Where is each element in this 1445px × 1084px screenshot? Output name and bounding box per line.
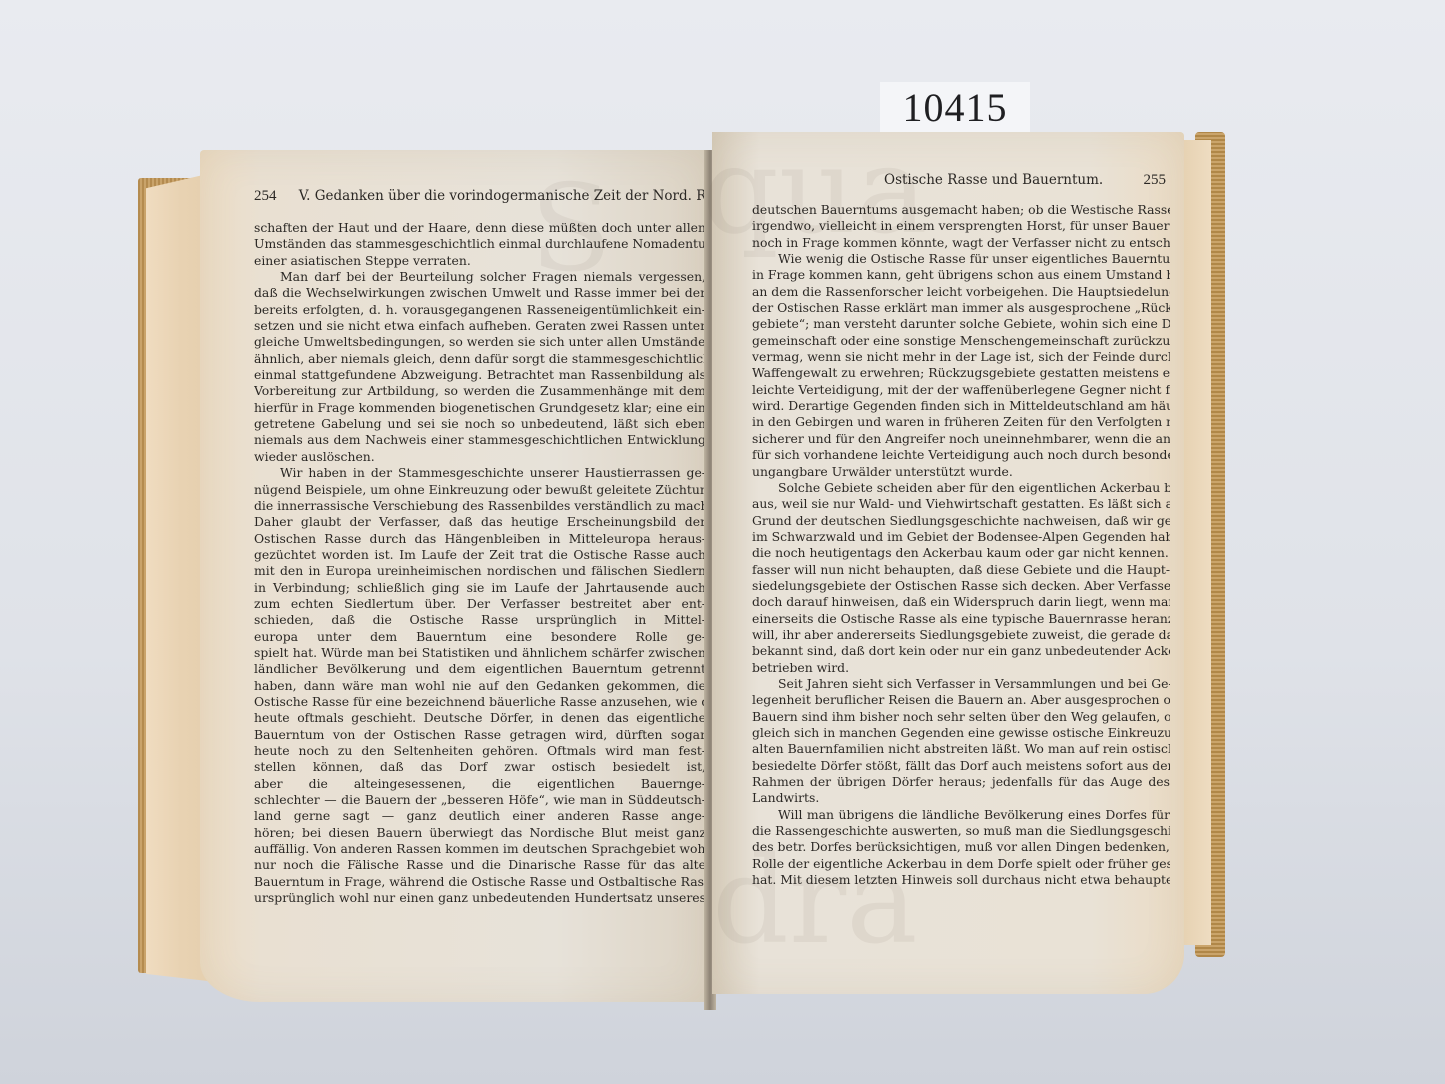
text-line: einer asiatischen Steppe verraten. (254, 253, 706, 269)
text-line: in Frage kommen kann, geht übrigens scho… (752, 267, 1170, 283)
text-line: ungangbare Urwälder unterstützt wurde. (752, 464, 1170, 480)
text-line: gleich sich in manchen Gegenden eine gew… (752, 725, 1170, 741)
text-line: Ostische Rasse für eine bezeichnend bäue… (254, 694, 706, 710)
text-line: Wie wenig die Ostische Rasse für unser e… (752, 251, 1170, 267)
text-line: in Verbindung; schließlich ging sie im L… (254, 580, 706, 596)
text-line: hierfür in Frage kommenden biogenetische… (254, 400, 706, 416)
text-line: wieder auslöschen. (254, 449, 706, 465)
text-line: Rolle der eigentliche Ackerbau in dem Do… (752, 856, 1170, 872)
text-line: zum echten Siedlertum über. Der Verfasse… (254, 596, 706, 612)
text-line: deutschen Bauerntums ausgemacht haben; o… (752, 202, 1170, 218)
text-line: sicherer und für den Angreifer noch unei… (752, 431, 1170, 447)
text-line: Bauerntum in Frage, während die Ostische… (254, 874, 706, 890)
text-line: alten Bauernfamilien nicht abstreiten lä… (752, 741, 1170, 757)
text-line: Rahmen der übrigen Dörfer heraus; jedenf… (752, 774, 1170, 790)
text-line: gleiche Umweltsbedingungen, so werden si… (254, 334, 706, 350)
text-line: schieden, daß die Ostische Rasse ursprün… (254, 612, 706, 628)
text-line: nügend Beispiele, um ohne Einkreuzung od… (254, 482, 706, 498)
text-line: der Ostischen Rasse erklärt man immer al… (752, 300, 1170, 316)
text-line: einerseits die Ostische Rasse als eine t… (752, 611, 1170, 627)
text-line: Will man übrigens die ländliche Bevölker… (752, 807, 1170, 823)
text-line: leichte Verteidigung, mit der der waffen… (752, 382, 1170, 398)
text-line: siedelungsgebiete der Ostischen Rasse si… (752, 578, 1170, 594)
text-line: mit den in Europa ureinheimischen nordis… (254, 563, 706, 579)
text-line: heute noch zu den Seltenheiten gehören. … (254, 743, 706, 759)
text-line: aber die alteingesessenen, die eigentlic… (254, 776, 706, 792)
text-line: noch in Frage kommen könnte, wagt der Ve… (752, 235, 1170, 251)
text-line: stellen können, daß das Dorf zwar ostisc… (254, 759, 706, 775)
text-line: irgendwo, vielleicht in einem versprengt… (752, 218, 1170, 234)
text-line: Bauerntum von der Ostischen Rasse getrag… (254, 727, 706, 743)
text-line: doch darauf hinweisen, daß ein Widerspru… (752, 594, 1170, 610)
text-line: wird. Derartige Gegenden finden sich in … (752, 398, 1170, 414)
text-line: Waffengewalt zu erwehren; Rückzugsgebiet… (752, 365, 1170, 381)
left-page-body: schaften der Haut und der Haare, denn di… (254, 220, 706, 906)
text-line: bereits erfolgten, d. h. vorausgegangene… (254, 302, 706, 318)
text-line: Solche Gebiete scheiden aber für den eig… (752, 480, 1170, 496)
text-line: aus, weil sie nur Wald- und Viehwirtscha… (752, 496, 1170, 512)
text-line: daß die Wechselwirkungen zwischen Umwelt… (254, 285, 706, 301)
text-line: des betr. Dorfes berücksichtigen, muß vo… (752, 839, 1170, 855)
text-line: besiedelte Dörfer stößt, fällt das Dorf … (752, 758, 1170, 774)
page-number: 255 (1144, 172, 1167, 189)
text-line: spielt hat. Würde man bei Statistiken un… (254, 645, 706, 661)
text-line: heute oftmals geschieht. Deutsche Dörfer… (254, 710, 706, 726)
text-line: setzen und sie nicht etwa einfach aufheb… (254, 318, 706, 334)
right-page-body: deutschen Bauerntums ausgemacht haben; o… (752, 202, 1170, 888)
text-line: ursprünglich wohl nur einen ganz unbedeu… (254, 890, 706, 906)
text-line: fasser will nun nicht behaupten, daß die… (752, 562, 1170, 578)
text-line: die innerrassische Verschiebung des Rass… (254, 498, 706, 514)
text-line: im Schwarzwald und im Gebiet der Bodense… (752, 529, 1170, 545)
text-line: schaften der Haut und der Haare, denn di… (254, 220, 706, 236)
text-line: Umständen das stammesgeschichtlich einma… (254, 236, 706, 252)
text-line: Seit Jahren sieht sich Verfasser in Vers… (752, 676, 1170, 692)
text-line: Landwirts. (752, 790, 1170, 806)
text-line: legenheit beruflicher Reisen die Bauern … (752, 692, 1170, 708)
text-line: will, ihr aber andererseits Siedlungsgeb… (752, 627, 1170, 643)
text-line: für sich vorhandene leichte Verteidigung… (752, 447, 1170, 463)
text-line: haben, dann wäre man wohl nie auf den Ge… (254, 678, 706, 694)
text-line: gebiete“; man versteht darunter solche G… (752, 316, 1170, 332)
text-line: europa unter dem Bauerntum eine besonder… (254, 629, 706, 645)
text-line: an dem die Rassenforscher leicht vorbeig… (752, 284, 1170, 300)
right-page: qua dra Ostische Rasse und Bauerntum. 25… (712, 132, 1184, 994)
text-line: schlechter — die Bauern der „besseren Hö… (254, 792, 706, 808)
running-head: Ostische Rasse und Bauerntum. (884, 172, 1103, 188)
inventory-number-label: 10415 (880, 82, 1030, 134)
text-line: hat. Mit diesem letzten Hinweis soll dur… (752, 872, 1170, 888)
text-line: getretene Gabelung und sei sie noch so u… (254, 416, 706, 432)
text-line: auffällig. Von anderen Rassen kommen im … (254, 841, 706, 857)
text-line: bekannt sind, daß dort kein oder nur ein… (752, 643, 1170, 659)
text-line: Grund der deutschen Siedlungsgeschichte … (752, 513, 1170, 529)
text-line: hören; bei diesen Bauern überwiegt das N… (254, 825, 706, 841)
text-line: vermag, wenn sie nicht mehr in der Lage … (752, 349, 1170, 365)
text-line: Wir haben in der Stammesgeschichte unser… (254, 465, 706, 481)
text-line: Daher glaubt der Verfasser, daß das heut… (254, 514, 706, 530)
text-line: gemeinschaft oder eine sonstige Menschen… (752, 333, 1170, 349)
text-line: einmal stattgefundene Abzweigung. Betrac… (254, 367, 706, 383)
text-line: ländlicher Bevölkerung und dem eigentlic… (254, 661, 706, 677)
text-line: in den Gebirgen und waren in früheren Ze… (752, 414, 1170, 430)
text-line: nur noch die Fälische Rasse und die Dina… (254, 857, 706, 873)
text-line: ähnlich, aber niemals gleich, denn dafür… (254, 351, 706, 367)
left-page: S 254 V. Gedanken über die vorindogerman… (200, 150, 708, 1002)
text-line: betrieben wird. (752, 660, 1170, 676)
text-line: die Rassengeschichte auswerten, so muß m… (752, 823, 1170, 839)
text-line: land gerne sagt — ganz deutlich einer an… (254, 808, 706, 824)
left-page-header: 254 V. Gedanken über die vorindogermanis… (254, 188, 704, 205)
page-number: 254 (254, 188, 277, 204)
running-head: V. Gedanken über die vorindogermanische … (299, 188, 741, 204)
text-line: niemals aus dem Nachweis einer stammesge… (254, 432, 706, 448)
text-line: Man darf bei der Beurteilung solcher Fra… (254, 269, 706, 285)
text-line: Bauern sind ihm bisher noch sehr selten … (752, 709, 1170, 725)
text-line: Vorbereitung zur Artbildung, so werden d… (254, 383, 706, 399)
text-line: gezüchtet worden ist. Im Laufe der Zeit … (254, 547, 706, 563)
text-line: die noch heutigentags den Ackerbau kaum … (752, 545, 1170, 561)
text-line: Ostischen Rasse durch das Hängenbleiben … (254, 531, 706, 547)
